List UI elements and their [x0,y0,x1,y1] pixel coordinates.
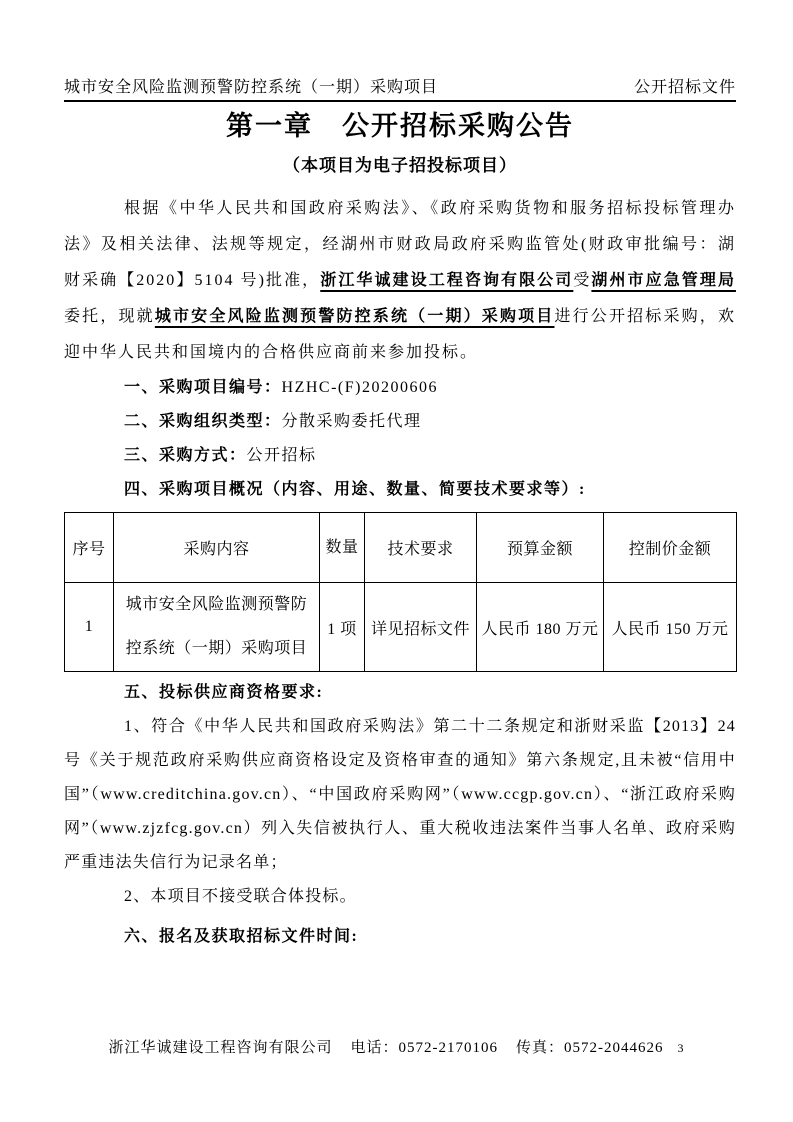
item-project-number-value: HZHC-(F)20200606 [282,379,438,396]
footer-phone-label: 电话： [350,1040,398,1056]
table-row: 1 城市安全风险监测预警防控系统（一期）采购项目 1 项 详见招标文件 人民币 … [65,583,737,672]
item-org-type: 二、采购组织类型：分散采购委托代理 [64,405,736,439]
header-doc-type: 公开招标文件 [634,78,736,97]
subtitle: （本项目为电子招投标项目） [64,155,736,177]
section-five-para-2: 2、本项目不接受联合体投标。 [64,880,736,914]
chapter-title: 第一章 公开招标采购公告 [64,111,736,141]
cell-budget: 人民币 180 万元 [477,583,604,672]
running-header: 城市安全风险监测预警防控系统（一期）采购项目 公开招标文件 [64,78,736,102]
cell-seq: 1 [65,583,114,672]
section-five-para-1: 1、符合《中华人民共和国政府采购法》第二十二条规定和浙财采监【2013】24号《… [64,710,736,880]
page-content: 城市安全风险监测预警防控系统（一期）采购项目 公开招标文件 第一章 公开招标采购… [0,0,793,954]
footer-phone: 0572-2170106 [399,1040,499,1056]
item-project-overview: 四、采购项目概况（内容、用途、数量、简要技术要求等）: [64,473,736,507]
cell-quantity: 1 项 [320,583,365,672]
item-procurement-method-value: 公开招标 [247,447,317,464]
col-header-tech: 技术要求 [365,513,477,583]
item-project-number: 一、采购项目编号：HZHC-(F)20200606 [64,371,736,405]
intro-paragraph: 根据《中华人民共和国政府采购法》、《政府采购货物和服务招标投标管理办法》及相关法… [64,191,736,371]
cell-control-price: 人民币 150 万元 [604,583,737,672]
section-five-heading: 五、投标供应商资格要求: [64,676,736,710]
cell-tech: 详见招标文件 [365,583,477,672]
footer-fax-label: 传真： [516,1040,564,1056]
item-org-type-label: 二、采购组织类型： [124,413,282,430]
col-header-quantity: 数量 [320,513,365,583]
page-number: 3 [678,1041,685,1055]
footer-fax: 0572-2044626 [564,1040,664,1056]
item-project-overview-label: 四、采购项目概况（内容、用途、数量、简要技术要求等）: [124,481,586,498]
item-procurement-method: 三、采购方式：公开招标 [64,439,736,473]
table-header-row: 序号 采购内容 数量 技术要求 预算金额 控制价金额 [65,513,737,583]
col-header-seq: 序号 [65,513,114,583]
col-header-budget: 预算金额 [477,513,604,583]
cell-content: 城市安全风险监测预警防控系统（一期）采购项目 [114,583,320,672]
document-page: 城市安全风险监测预警防控系统（一期）采购项目 公开招标文件 第一章 公开招标采购… [0,0,793,1122]
item-project-number-label: 一、采购项目编号： [124,379,282,396]
overview-table: 序号 采购内容 数量 技术要求 预算金额 控制价金额 1 城市安全风险监测预警防… [64,512,737,672]
item-procurement-method-label: 三、采购方式： [124,447,247,464]
col-header-control-price: 控制价金额 [604,513,737,583]
page-footer: 浙江华诚建设工程咨询有限公司电话：0572-2170106传真：0572-204… [0,1038,793,1058]
header-project-name: 城市安全风险监测预警防控系统（一期）采购项目 [64,78,438,97]
col-header-content: 采购内容 [114,513,320,583]
footer-company: 浙江华诚建设工程咨询有限公司 [108,1040,332,1056]
item-org-type-value: 分散采购委托代理 [282,413,422,430]
section-six-heading: 六、报名及获取招标文件时间: [64,920,736,954]
